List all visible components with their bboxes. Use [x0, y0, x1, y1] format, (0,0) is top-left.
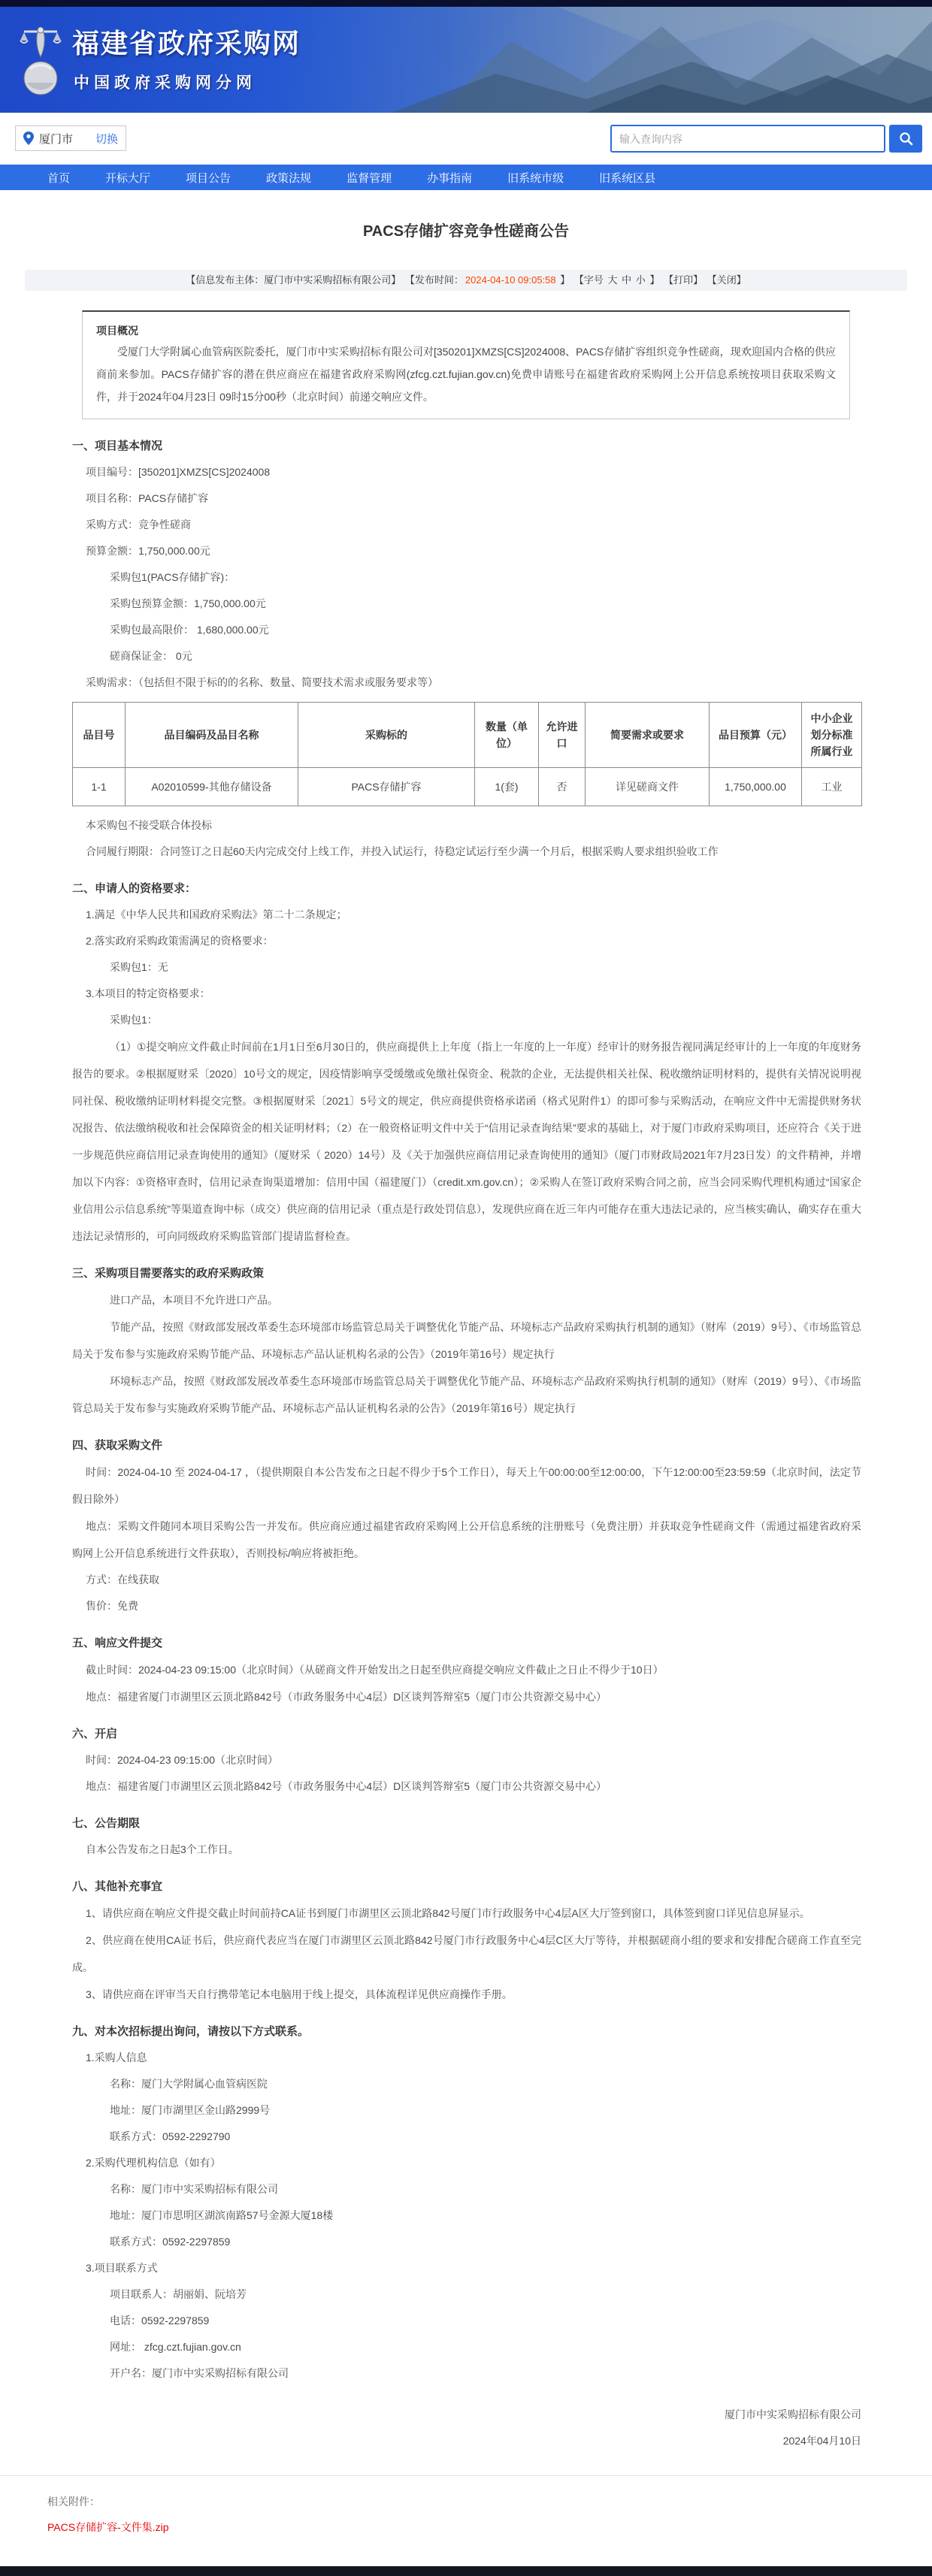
section-heading: 二、申请人的资格要求： [72, 875, 861, 902]
section-8: 八、其他补充事宜1、请供应商在响应文件提交截止时间前持CA证书到厦门市湖里区云顶… [72, 1873, 861, 2008]
table-cell: 否 [539, 768, 586, 806]
section-9: 九、对本次招标提出询问，请按以下方式联系。1.采购人信息名称：厦门大学附属心血管… [72, 2018, 861, 2387]
text-line: 时间：2024-04-10 至 2024-04-17 ，（提供期限自本公告发布之… [72, 1459, 861, 1513]
page-title: PACS存储扩容竞争性磋商公告 [25, 220, 907, 243]
section-2: 二、申请人的资格要求：1.满足《中华人民共和国政府采购法》第二十二条规定；2.落… [72, 875, 861, 1250]
section-heading: 五、响应文件提交 [72, 1630, 861, 1656]
fontsize-large-button[interactable]: 大 [608, 274, 618, 286]
attachments-section: 相关附件： PACS存储扩容-文件集.zip [0, 2476, 932, 2566]
overview-paragraph: 受厦门大学附属心血管病医院委托，厦门市中实采购招标有限公司对[350201]XM… [96, 340, 836, 408]
table-cell: 工业 [802, 768, 862, 806]
table-cell: 详见磋商文件 [586, 768, 710, 806]
procurement-items-table: 品目号品目编码及品目名称采购标的数量（单位）允许进口简要需求或要求品目预算（元）… [72, 702, 862, 806]
text-line: 3、请供应商在评审当天自行携带笔记本电脑用于线上提交，具体流程详见供应商操作手册… [72, 1981, 861, 2008]
fontsize-small-button[interactable]: 小 [636, 274, 646, 286]
section-heading: 八、其他补充事宜 [72, 1873, 861, 1900]
search-input[interactable] [610, 125, 885, 153]
table-header-cell: 中小企业划分标准所属行业 [802, 703, 862, 768]
text-line: 项目联系人：胡丽娟、阮培芳 [72, 2281, 861, 2308]
text-line: 采购包1： [72, 1007, 861, 1033]
text-line: 名称：厦门市中实采购招标有限公司 [72, 2176, 861, 2203]
text-line: 项目编号：[350201]XMZS[CS]2024008 [72, 459, 861, 485]
main-nav: 首页开标大厅项目公告政策法规监督管理办事指南旧系统市级旧系统区县 [0, 165, 932, 190]
table-cell: A02010599-其他存储设备 [126, 768, 298, 806]
text-line: 磋商保证金： 0元 [72, 643, 861, 670]
text-line: 联系方式：0592-2292790 [72, 2124, 861, 2150]
table-header-cell: 简要需求或要求 [586, 703, 710, 768]
section-4: 四、获取采购文件时间：2024-04-10 至 2024-04-17 ，（提供期… [72, 1432, 861, 1619]
text-line: 名称：厦门大学附属心血管病医院 [72, 2071, 861, 2097]
text-line: 本采购包不接受联合体投标 [72, 812, 861, 839]
print-button[interactable]: 【打印】 [664, 274, 703, 286]
site-subtitle: 中国政府采购网分网 [74, 71, 256, 93]
section-heading: 一、项目基本情况 [72, 433, 861, 459]
meta-bar: 【信息发布主体：厦门市中实采购招标有限公司】 【发布时间：2024-04-10 … [25, 270, 907, 291]
close-button[interactable]: 【关闭】 [707, 274, 746, 286]
table-header-cell: 允许进口 [539, 703, 586, 768]
signature-company: 厦门市中实采购招标有限公司 [72, 2402, 861, 2428]
nav-item-project-announcements[interactable]: 项目公告 [186, 170, 231, 186]
text-line: 节能产品，按照《财政部发展改革委生态环境部市场监管总局关于调整优化节能产品、环境… [72, 1314, 861, 1368]
table-cell: 1-1 [73, 768, 126, 806]
table-row: 1-1A02010599-其他存储设备PACS存储扩容1(套)否详见磋商文件1,… [73, 768, 862, 806]
signature-block: 厦门市中实采购招标有限公司 2024年04月10日 [25, 2387, 907, 2454]
nav-item-policies-regulations[interactable]: 政策法规 [266, 170, 311, 186]
section-6: 六、开启时间：2024-04-23 09:15:00（北京时间）地点：福建省厦门… [72, 1721, 861, 1800]
table-header-cell: 品目编码及品目名称 [126, 703, 298, 768]
nav-item-supervision[interactable]: 监督管理 [346, 170, 392, 186]
search-bar [610, 125, 922, 153]
announcement-article: PACS存储扩容竞争性磋商公告 【信息发布主体：厦门市中实采购招标有限公司】 【… [25, 220, 907, 2454]
text-line: 项目名称：PACS存储扩容 [72, 485, 861, 512]
nav-item-service-guide[interactable]: 办事指南 [427, 170, 472, 186]
table-cell: 1(套) [475, 768, 539, 806]
text-line: 截止时间：2024-04-23 09:15:00（北京时间）（从磋商文件开始发出… [72, 1656, 861, 1683]
text-line: 3.本项目的特定资格要求： [72, 981, 861, 1007]
section-heading: 四、获取采购文件 [72, 1432, 861, 1459]
page-footer-bar [0, 2566, 932, 2576]
text-line: 时间：2024-04-23 09:15:00（北京时间） [72, 1747, 861, 1773]
text-line: 合同履行期限：合同签订之日起60天内完成交付上线工作，并投入试运行，待稳定试运行… [72, 839, 861, 865]
publish-time-value: 2024-04-10 09:05:58 [465, 274, 556, 286]
table-cell: PACS存储扩容 [298, 768, 475, 806]
table-cell: 1,750,000.00 [710, 768, 802, 806]
nav-item-old-system-city[interactable]: 旧系统市级 [507, 170, 564, 186]
table-header-cell: 品目号 [73, 703, 126, 768]
site-title: 福建省政府采购网 [72, 23, 301, 61]
attachments-list: PACS存储扩容-文件集.zip [47, 2514, 886, 2541]
text-line: 1.满足《中华人民共和国政府采购法》第二十二条规定； [72, 902, 861, 928]
switch-city-link[interactable]: 切换 [95, 131, 118, 147]
text-line: 地点：采购文件随同本项目采购公告一并发布。供应商应通过福建省政府采购网上公开信息… [72, 1513, 861, 1567]
text-line: 2、供应商在使用CA证书后，供应商代表应当在厦门市湖里区云顶北路842号厦门市行… [72, 1927, 861, 1981]
text-line: 售价：免费 [72, 1593, 861, 1619]
location-selector: 厦门市 切换 [15, 125, 126, 151]
text-line: 电话：0592-2297859 [72, 2308, 861, 2334]
text-line: 采购包1：无 [72, 954, 861, 981]
text-line: 环境标志产品，按照《财政部发展改革委生态环境部市场监管总局关于调整优化节能产品、… [72, 1368, 861, 1422]
text-line: 预算金额：1,750,000.00元 [72, 538, 861, 564]
project-overview-box: 项目概况 受厦门大学附属心血管病医院委托，厦门市中实采购招标有限公司对[3502… [82, 310, 850, 419]
section-heading: 六、开启 [72, 1721, 861, 1747]
section-heading: 三、采购项目需要落实的政府采购政策 [72, 1260, 861, 1286]
signature-date: 2024年04月10日 [72, 2428, 861, 2454]
nav-item-old-system-district[interactable]: 旧系统区县 [599, 170, 655, 186]
table-header-cell: 采购标的 [298, 703, 475, 768]
text-line: 1、请供应商在响应文件提交截止时间前持CA证书到厦门市湖里区云顶北路842号厦门… [72, 1900, 861, 1927]
section-heading: 七、公告期限 [72, 1810, 861, 1837]
text-line: 2.落实政府采购政策需满足的资格要求： [72, 928, 861, 954]
text-line: 1.采购人信息 [72, 2045, 861, 2071]
section-3: 三、采购项目需要落实的政府采购政策进口产品，本项目不允许进口产品。节能产品，按照… [72, 1260, 861, 1422]
magnifier-icon [899, 132, 913, 146]
text-line: 2.采购代理机构信息（如有） [72, 2150, 861, 2176]
banner-mountains-image [391, 0, 932, 113]
fontsize-bracket: 】 [649, 274, 659, 286]
publisher-segment: 【信息发布主体：厦门市中实采购招标有限公司】 [186, 274, 401, 286]
text-line: 进口产品，本项目不允许进口产品。 [72, 1286, 861, 1314]
section-7: 七、公告期限自本公告发布之日起3个工作日。 [72, 1810, 861, 1863]
sections: 一、项目基本情况项目编号：[350201]XMZS[CS]2024008项目名称… [25, 419, 907, 2387]
fontsize-label: 【字号 [574, 274, 604, 286]
site-logo-scales-icon [18, 18, 63, 101]
table-header-cell: 品目预算（元） [710, 703, 802, 768]
section-1: 一、项目基本情况项目编号：[350201]XMZS[CS]2024008项目名称… [72, 433, 861, 865]
publish-time-bracket: 】 [558, 274, 570, 286]
banner-top-strip [0, 0, 932, 7]
attachments-label: 相关附件： [47, 2490, 886, 2514]
nav-item-home[interactable]: 首页 [47, 170, 70, 186]
site-banner: 福建省政府采购网 中国政府采购网分网 [0, 0, 932, 113]
text-line: （1）①提交响应文件截止时间前在1月1日至6月30日的，供应商提供上上年度（指上… [72, 1033, 861, 1250]
search-button[interactable] [889, 125, 922, 153]
text-line: 地址：厦门市思明区湖滨南路57号金源大厦18楼 [72, 2203, 861, 2229]
attachment-link[interactable]: PACS存储扩容-文件集.zip [47, 2514, 886, 2541]
location-pin-icon [23, 132, 34, 145]
nav-item-bid-opening-hall[interactable]: 开标大厅 [105, 170, 150, 186]
overview-title: 项目概况 [96, 321, 836, 340]
text-line: 采购方式：竞争性磋商 [72, 512, 861, 538]
text-line: 网址： zfcg.czt.fujian.gov.cn [72, 2334, 861, 2360]
text-line: 自本公告发布之日起3个工作日。 [72, 1837, 861, 1863]
text-line: 地点：福建省厦门市湖里区云顶北路842号（市政务服务中心4层）D区谈判答辩室5（… [72, 1773, 861, 1800]
current-city-label: 厦门市 [39, 131, 73, 147]
text-line: 地址：厦门市湖里区金山路2999号 [72, 2097, 861, 2124]
section-heading: 九、对本次招标提出询问，请按以下方式联系。 [72, 2018, 861, 2045]
text-line: 地点：福建省厦门市湖里区云顶北路842号（市政务服务中心4层）D区谈判答辩室5（… [72, 1683, 861, 1710]
text-line: 采购包预算金额：1,750,000.00元 [72, 591, 861, 617]
text-line: 方式：在线获取 [72, 1567, 861, 1593]
section-5: 五、响应文件提交截止时间：2024-04-23 09:15:00（北京时间）（从… [72, 1630, 861, 1710]
text-line: 3.项目联系方式 [72, 2255, 861, 2281]
text-line: 采购包1(PACS存储扩容)： [72, 564, 861, 591]
publish-time-label: 【发布时间： [405, 274, 464, 286]
fontsize-medium-button[interactable]: 中 [622, 274, 631, 286]
table-header-cell: 数量（单位） [475, 703, 539, 768]
toolbar: 厦门市 切换 [0, 113, 932, 165]
text-line: 采购包最高限价： 1,680,000.00元 [72, 617, 861, 643]
text-line: 采购需求：（包括但不限于标的的名称、数量、简要技术需求或服务要求等） [72, 670, 861, 696]
text-line: 联系方式：0592-2297859 [72, 2229, 861, 2255]
text-line: 开户名：厦门市中实采购招标有限公司 [72, 2360, 861, 2387]
